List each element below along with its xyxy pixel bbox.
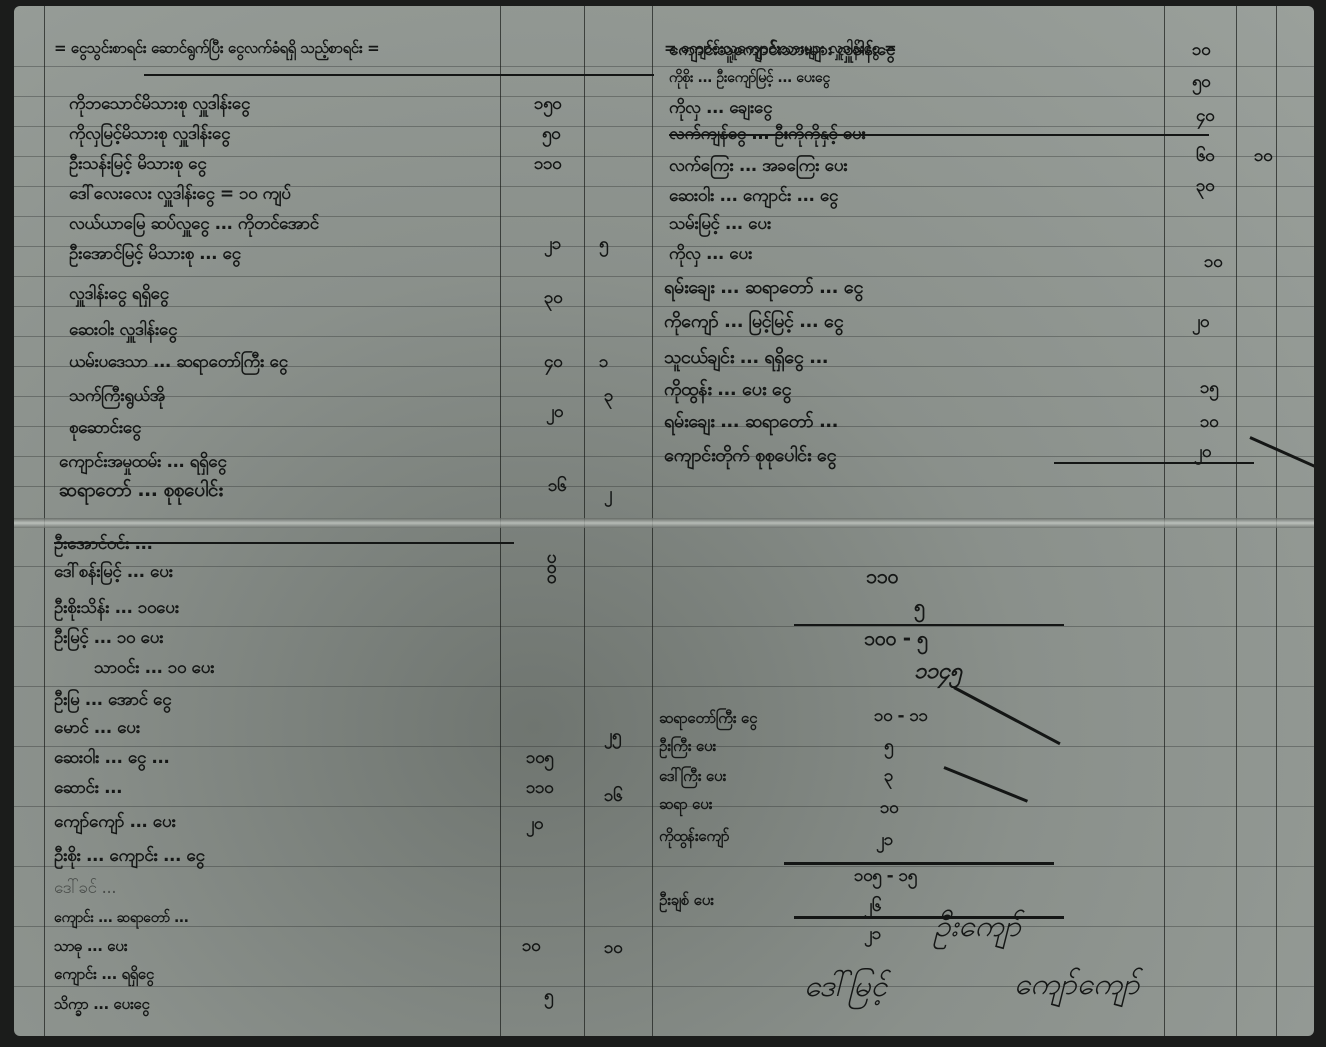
- amount: ၁၁၀: [534, 154, 561, 174]
- value: ၁၀: [880, 798, 898, 818]
- header-underline: [144, 74, 654, 76]
- amount: ၂၀: [526, 814, 543, 834]
- signature: ကျော်ကျော်: [1014, 964, 1139, 1009]
- entry-line: ကျောင်း ... ရရှိငွေ: [54, 964, 154, 984]
- ruled-line: [14, 926, 1314, 927]
- entry-line: ဦးအောင်မြင့် မိသားစု ... ငွေ: [69, 244, 241, 264]
- amount: ၁: [599, 352, 608, 372]
- entry-line: သိက္ခာ ... ပေးငွေ: [54, 994, 149, 1014]
- amount: ၂၀: [546, 402, 563, 422]
- amount: ၂၀: [1192, 312, 1209, 332]
- entry-line: ဦးမြင့် ... ၁၀ ပေး: [54, 628, 163, 648]
- amount: ၁၅၀: [534, 94, 561, 114]
- amount: ၆၀: [1196, 146, 1214, 166]
- manuscript-page: = ငွေသွင်းစာရင်း ဆောင်ရွက်ပြီး ငွေလက်ခံရ…: [14, 6, 1314, 1036]
- tick-mark: [953, 686, 1060, 745]
- calc-line: ၁၁၀: [866, 566, 898, 586]
- entry-line: ကျောင်းသူကျောင်းသားများ လှူဒါန်းငွေ: [669, 40, 895, 60]
- entry-line: ဦးစိုး ... ကျောင်း ... ငွေ: [54, 846, 205, 866]
- amount: ၂၀: [1194, 442, 1211, 462]
- entry-line: ဆောင်း ...: [54, 778, 122, 798]
- ruled-line: [14, 156, 1314, 157]
- entry-line: ဦးအောင်ဝင်း ...: [54, 534, 152, 554]
- amount: ၃: [604, 386, 613, 406]
- entry-line: စုဆောင်းငွေ: [69, 418, 141, 438]
- page-fold: [14, 518, 1314, 528]
- entry-line: သူငယ်ချင်း ... ရရှိငွေ ...: [664, 348, 828, 368]
- entry-line: လှူဒါန်းငွေ ရရှိငွေ: [69, 284, 169, 304]
- entry-line: မောင် ... ပေး: [54, 718, 140, 738]
- ruled-line: [14, 686, 1314, 687]
- calc-line: ၅: [914, 596, 925, 616]
- entry-line: ကျောင်း ... ဆရာတော် ...: [54, 908, 188, 928]
- amount: ၁၀: [1204, 252, 1222, 272]
- sum-line: [784, 862, 1054, 865]
- entry-line: သာဝင်း ... ၁၀ ပေး: [94, 658, 214, 678]
- amount: ၁၆: [548, 476, 566, 496]
- value: ၃: [884, 766, 893, 786]
- value: ၂၁: [876, 830, 893, 850]
- name-line: ကိုထွန်းကျော်: [659, 826, 729, 846]
- amount: ၄၀: [544, 352, 562, 372]
- amount: ၁၀၅: [526, 748, 553, 768]
- entry-line: ကျောင်းအမှုထမ်း ... ရရှိငွေ: [59, 452, 226, 472]
- entry-line: ဒေါ်စန်းမြင့် ... ပေး: [54, 562, 173, 582]
- ruled-line: [14, 336, 1314, 337]
- ruled-line: [14, 626, 1314, 627]
- strikethrough: [54, 542, 514, 544]
- amount: ၅၀: [1192, 72, 1210, 92]
- entry-line: ကိုလှ ... ချေးငွေ: [669, 98, 772, 118]
- signature: ဦးကျော်: [934, 906, 1021, 951]
- entry-line: ကိုလှ ... ပေး: [669, 244, 752, 264]
- entry-line: လက်ကြေး ... အခကြေး ပေး: [669, 156, 847, 176]
- ruled-line: [14, 866, 1314, 867]
- tick-mark: [1249, 436, 1314, 471]
- amount: ၂၅: [604, 726, 621, 746]
- name-line: ဦးကြီး ပေး: [659, 736, 716, 756]
- entry-line: လယ်ယာမြေ ဆပ်လှူငွေ ... ကိုတင်အောင်: [69, 214, 319, 234]
- entry-line: ကိုစိုး ... ဦးကျော်မြင့် ... ပေးငွေ: [669, 68, 830, 88]
- entry-line: ရမ်းချေး ... ဆရာတော် ...: [664, 412, 838, 432]
- entry-line: ကျော်ကျော် ... ပေး: [54, 812, 176, 832]
- ruled-line: [14, 566, 1314, 567]
- side-note: ၁၀: [1254, 146, 1272, 166]
- amount: ၁၁၀: [526, 778, 553, 798]
- signature: ဒေါ်မြင့်: [804, 966, 887, 1011]
- entry-line: ကိုထွန်း ... ပေး ငွေ: [664, 380, 791, 400]
- entry-line: ဦးမြ ... အောင် ငွေ: [54, 690, 171, 710]
- amount: ၅: [544, 986, 553, 1006]
- entry-line: ကိုလှမြင့်မိသားစု လှူဒါန်းငွေ: [69, 124, 230, 144]
- amount: ၂: [604, 484, 612, 504]
- entry-line: ဦးစိုးသိန်း ... ၁၀ပေး: [54, 598, 179, 618]
- amount: ၁၀: [522, 936, 540, 956]
- name-line: ဦးချစ် ပေး: [659, 890, 714, 910]
- value: ၅: [884, 736, 893, 756]
- entry-line: ကိုဘသောင်မိသားစု လှူဒါန်းငွေ: [69, 94, 250, 114]
- entry-line: ဆေးဝါး ... ကျောင်း ... ငွေ: [669, 186, 838, 206]
- name-line: ဆရာ ပေး: [659, 794, 712, 814]
- amount: ၂၁: [544, 234, 561, 254]
- value: ၁၀၅ - ၁၅: [854, 866, 917, 886]
- amount: ၃၀: [1196, 176, 1214, 196]
- ruled-line: [14, 306, 1314, 307]
- calc-line: ၁၁၄၅: [914, 662, 962, 682]
- amount: ၅: [599, 234, 608, 254]
- entry-line: ဆရာတော် ... စုစုပေါင်း: [59, 480, 223, 500]
- entry-line: ကိုကျော် ... မြင့်မြင့် ... ငွေ: [664, 312, 843, 332]
- entry-line: ဆေးဝါး ... ငွေ ...: [54, 748, 169, 768]
- strikethrough: [1054, 462, 1254, 464]
- amount: ၁၅: [1200, 378, 1218, 398]
- entry-line: ဒေါ်ခင် ...: [54, 878, 116, 898]
- tick-mark: [943, 766, 1028, 802]
- sum-line: [794, 916, 1064, 919]
- amount: ၃၀: [544, 288, 562, 308]
- amount: ၁၆: [604, 786, 622, 806]
- header-left: = ငွေသွင်းစာရင်း ဆောင်ရွက်ပြီး ငွေလက်ခံရ…: [54, 38, 379, 58]
- entry-line: သမ်းမြင့် ... ပေး: [669, 214, 771, 234]
- sum-line: [794, 624, 1064, 626]
- value: ၁၀ - ၁၁: [874, 706, 928, 726]
- entry-line: သာဓု ... ပေး: [54, 936, 127, 956]
- entry-line: ဦးသန်းမြင့် မိသားစု ငွေ: [69, 154, 206, 174]
- amount: ၁၀: [1200, 412, 1218, 432]
- entry-line: ကျောင်းတိုက် စုစုပေါင်း ငွေ: [664, 446, 836, 466]
- entry-line: ဒေါ်လေးလေး လှူဒါန်းငွေ = ၁၀ ကျပ်: [69, 184, 291, 204]
- value: ၂၆: [864, 896, 881, 916]
- amount: ၅၀: [542, 124, 560, 144]
- entry-line: ရမ်းချေး ... ဆရာတော် ... ငွေ: [664, 278, 863, 298]
- value: ၂၁: [864, 924, 881, 944]
- name-line: ဆရာတော်ကြီး ငွေ: [659, 708, 757, 728]
- strikethrough: [669, 134, 1209, 136]
- entry-line: သက်ကြီးရွယ်အို: [69, 386, 165, 406]
- amount: ၁၀: [1192, 40, 1210, 60]
- ruled-line: [14, 66, 1314, 67]
- name-line: ဒေါ်ကြီး ပေး: [659, 766, 726, 786]
- entry-line: ယမ်းပဒေသာ ... ဆရာတော်ကြီး ငွေ: [69, 352, 288, 372]
- calc-line: ၁၀၀ - ၅: [864, 628, 928, 648]
- amount: ၁၀: [604, 938, 622, 958]
- amount: ၄၀: [1196, 106, 1214, 126]
- entry-line: ဆေးဝါး လှူဒါန်းငွေ: [69, 320, 177, 340]
